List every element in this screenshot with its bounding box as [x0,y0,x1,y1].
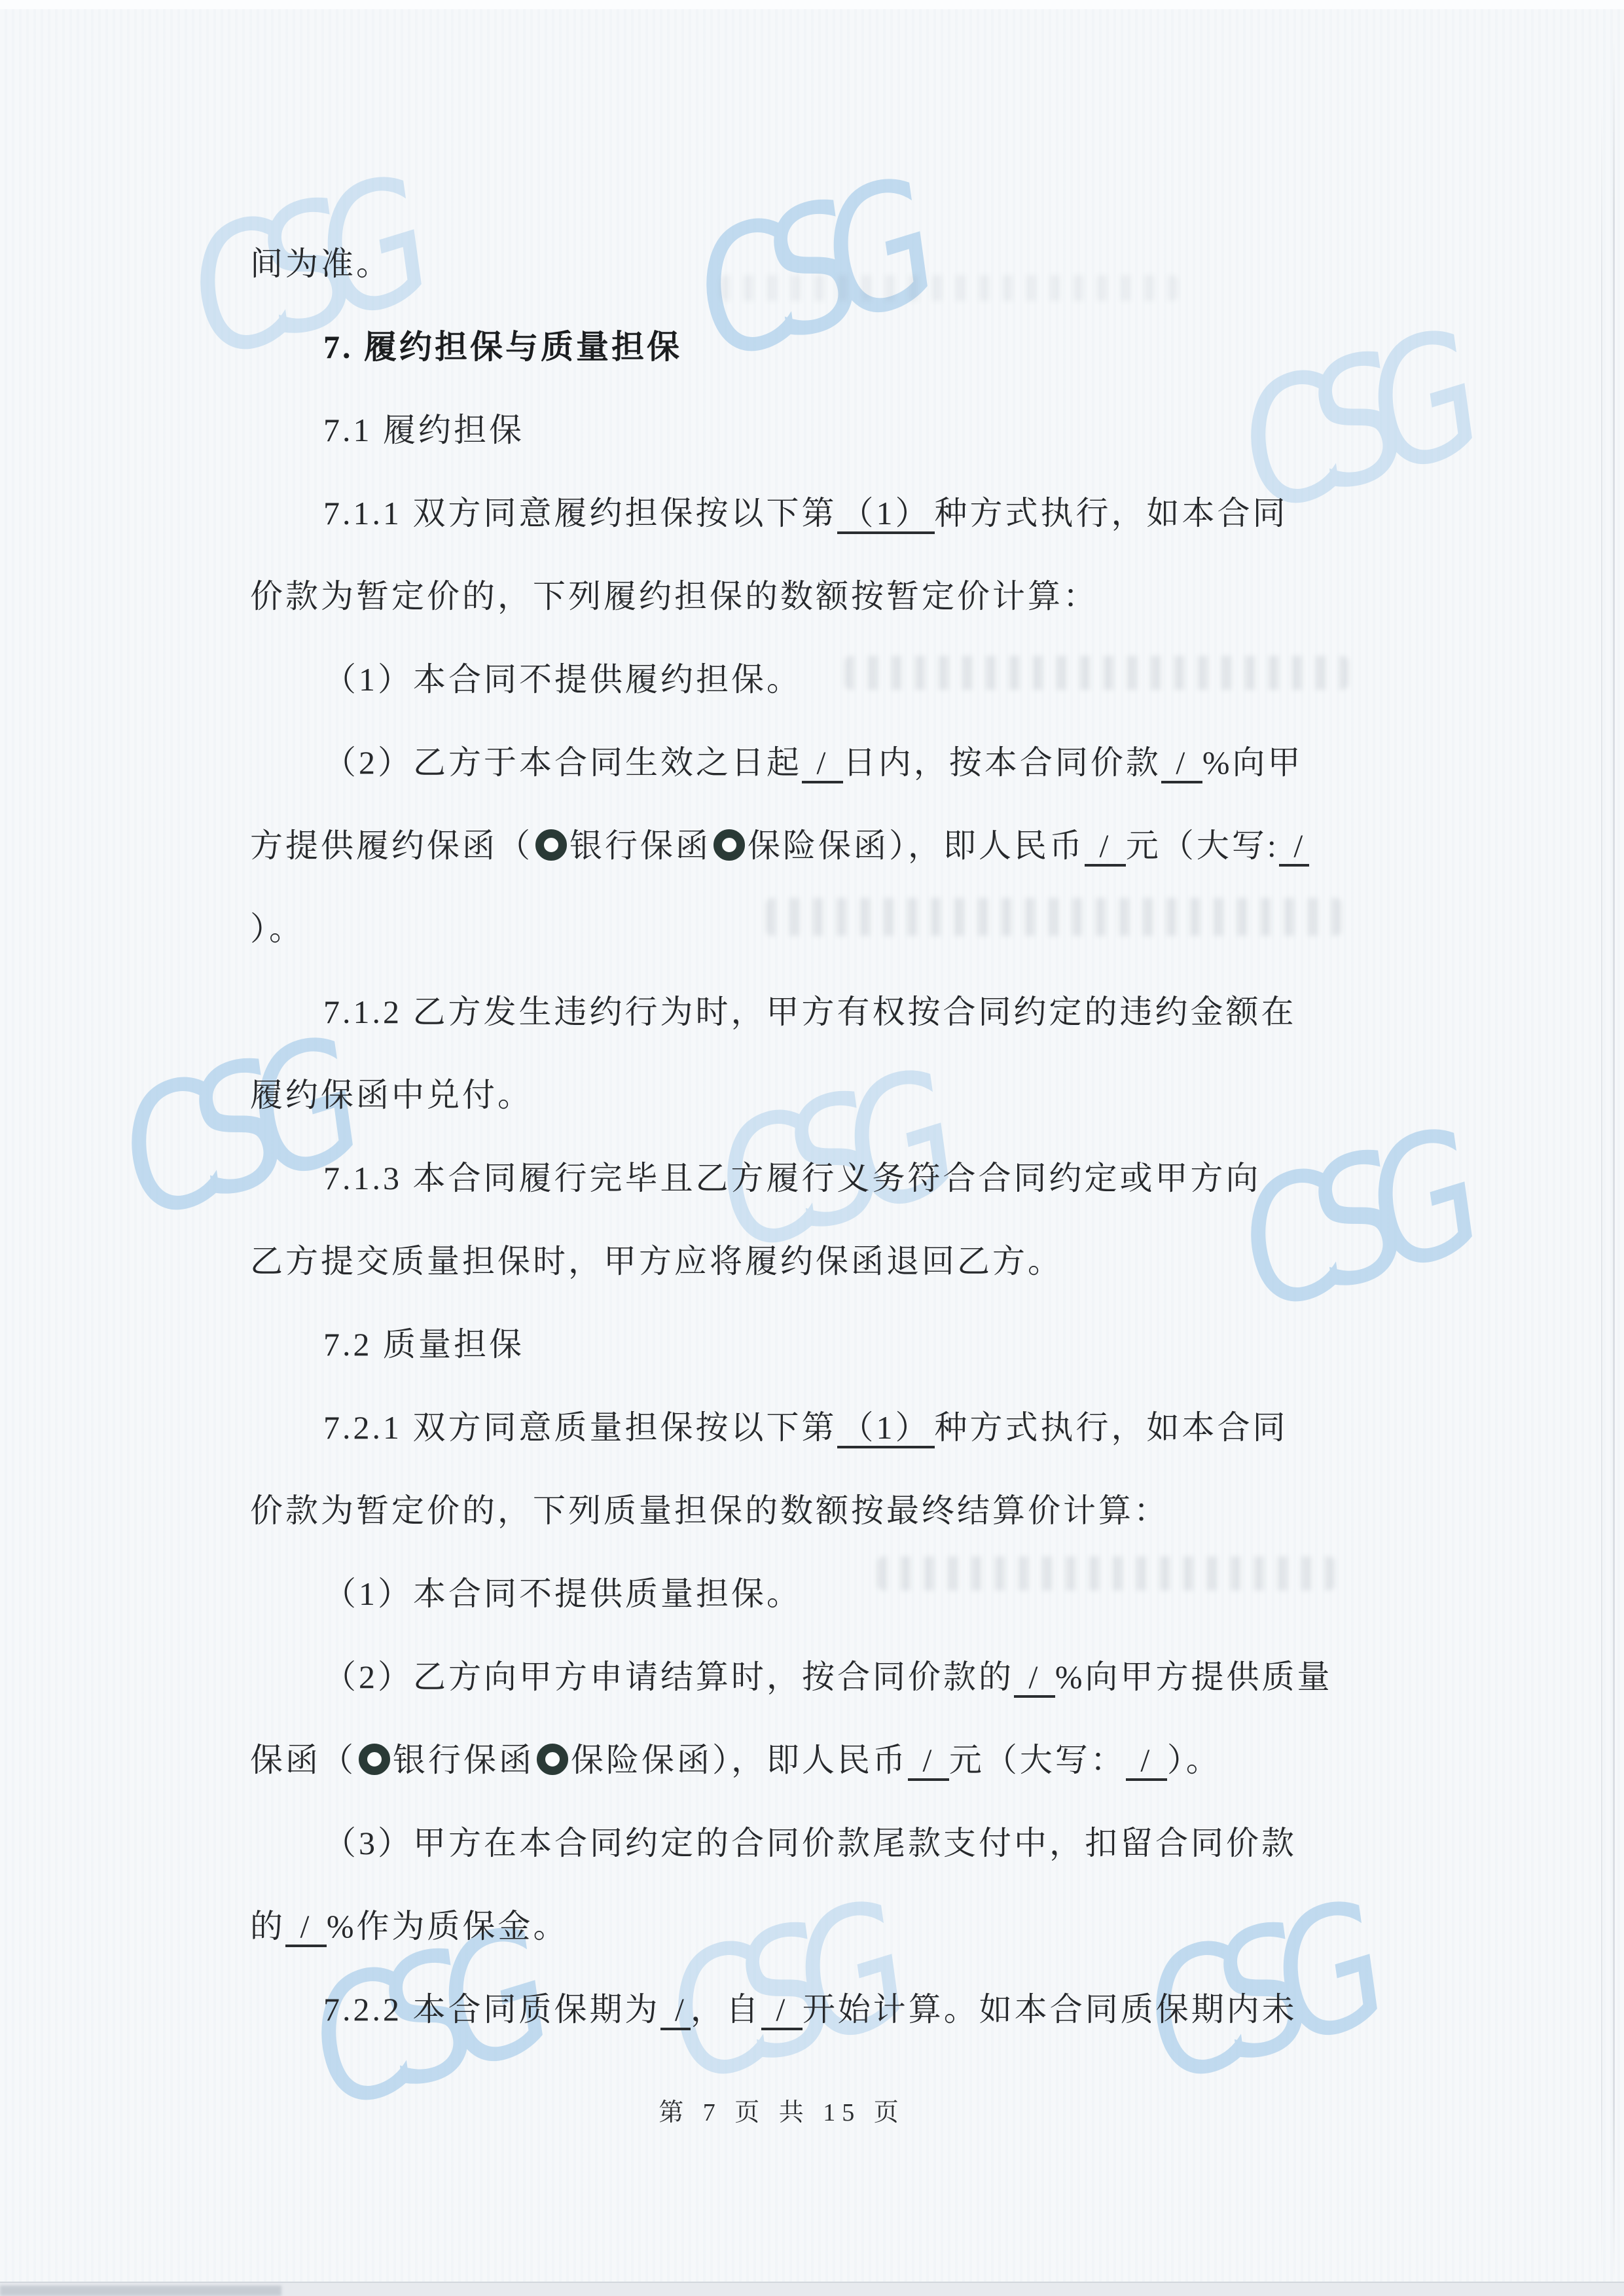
text-run: 7. 履约担保与质量担保 [323,329,682,365]
text-run: 7.2 质量担保 [323,1326,524,1363]
text-run: 元（大写: [1126,827,1279,864]
text-run: 保险保函），即人民币 [571,1742,908,1778]
blank-field: / [908,1742,949,1781]
contract-section-heading: 7. 履约担保与质量担保 [250,306,1415,389]
contract-line: 方提供履约保函（银行保函保险保函），即人民币 / 元（大写: / [250,804,1415,888]
option-circle-icon [535,829,567,861]
text-run: 价款为暂定价的，下列质量担保的数额按最终结算价计算： [250,1492,1169,1529]
text-run: 元（大写： [949,1742,1126,1778]
contract-line: 7.1.3 本合同履行完毕且乙方履行义务符合合同约定或甲方向 [250,1137,1415,1220]
contract-line: 7.2.1 双方同意质量担保按以下第（1）种方式执行，如本合同 [250,1386,1415,1469]
text-run: 履约保函中兑付。 [250,1077,533,1113]
contract-line: 的 / %作为质保金。 [250,1885,1415,1968]
text-run: 银行保函 [393,1742,534,1778]
text-run: （1）本合同不提供质量担保。 [323,1575,802,1612]
text-run: 7.1 履约担保 [323,412,524,448]
text-run: 的 [250,1908,285,1945]
text-run: 方提供履约保函（ [250,827,533,864]
contract-line: 价款为暂定价的，下列质量担保的数额按最终结算价计算： [250,1469,1415,1552]
blank-field: （1） [837,495,935,534]
scan-edge-line [1613,39,1615,2284]
contract-line: （1）本合同不提供质量担保。 [250,1552,1415,1636]
text-run: 价款为暂定价的，下列履约担保的数额按暂定价计算： [250,578,1098,615]
scan-corner-smudge [0,2286,281,2296]
blank-field: / [802,744,843,783]
blank-field: （1） [837,1409,935,1448]
blank-field: / [660,1991,691,2030]
contract-line: （2）乙方向甲方申请结算时，按合同价款的 / %向甲方提供质量 [250,1636,1415,1719]
blank-field: / [1126,1742,1167,1781]
blank-field: / [761,1991,803,2030]
contract-line: 间为准。 [250,223,1415,306]
text-run: ）。 [250,910,304,947]
contract-line: 7.1 履约担保 [250,389,1415,472]
text-run: 开始计算。如本合同质保期内未 [803,1991,1297,2028]
contract-line: 7.1.2 乙方发生违约行为时，甲方有权按合同约定的违约金额在 [250,971,1415,1054]
text-run: 乙方提交质量担保时，甲方应将履约保函退回乙方。 [250,1243,1063,1280]
text-run: （1）本合同不提供履约担保。 [323,661,802,698]
text-run: 7.1.2 乙方发生违约行为时，甲方有权按合同约定的违约金额在 [323,994,1297,1030]
text-run: 保险保函），即人民币 [748,827,1085,864]
option-circle-icon [537,1744,568,1775]
blank-field: / [1161,744,1202,783]
text-run: 7.2.2 本合同质保期为 [323,1991,660,2028]
text-run: 间为准。 [250,245,391,282]
blank-field: / [1085,827,1126,867]
text-run: 日内，按本合同价款 [843,744,1161,781]
contract-line: 7.1.1 双方同意履约担保按以下第（1）种方式执行，如本合同 [250,472,1415,555]
text-run: 7.1.3 本合同履行完毕且乙方履行义务符合合同约定或甲方向 [323,1160,1261,1196]
contract-line: 履约保函中兑付。 [250,1054,1415,1137]
contract-line: 7.2 质量担保 [250,1303,1415,1386]
page-footer: 第 7 页 共 15 页 [0,2092,1594,2128]
text-run: 种方式执行，如本合同 [935,495,1288,531]
blank-field: / [1279,827,1309,867]
contract-body: 间为准。 7. 履约担保与质量担保 7.1 履约担保 7.1.1 双方同意履约担… [250,223,1415,2051]
option-circle-icon [359,1744,390,1775]
text-run: 银行保函 [569,827,711,864]
scan-top-edge [0,0,1624,9]
contract-line: （2）乙方于本合同生效之日起 / 日内，按本合同价款 / %向甲 [250,721,1415,804]
text-run: %向甲 [1202,744,1303,781]
text-run: （2）乙方于本合同生效之日起 [323,744,802,781]
scan-edge-line [1601,105,1602,2278]
text-run: 7.1.1 双方同意履约担保按以下第 [323,495,837,531]
blank-field: / [1014,1659,1055,1698]
blank-field: / [285,1908,327,1947]
text-run: （3）甲方在本合同约定的合同价款尾款支付中，扣留合同价款 [323,1825,1297,1861]
text-run: 7.2.1 双方同意质量担保按以下第 [323,1409,837,1446]
text-run: ，自 [691,1991,761,2028]
contract-line: （1）本合同不提供履约担保。 [250,638,1415,721]
text-run: 保函（ [250,1742,356,1778]
text-run: ）。 [1167,1742,1221,1778]
contract-line: 乙方提交质量担保时，甲方应将履约保函退回乙方。 [250,1220,1415,1303]
document-page: CSG CSG CSG CSG CSG CSG CSG CSG CSG 间为准。… [0,0,1624,2296]
text-run: %向甲方提供质量 [1055,1659,1333,1695]
contract-line: 7.2.2 本合同质保期为 /，自 / 开始计算。如本合同质保期内未 [250,1968,1415,2051]
text-run: %作为质保金。 [327,1908,569,1945]
text-run: （2）乙方向甲方申请结算时，按合同价款的 [323,1659,1014,1695]
contract-line: 价款为暂定价的，下列履约担保的数额按暂定价计算： [250,555,1415,638]
contract-line: 保函（银行保函保险保函），即人民币 / 元（大写： / ）。 [250,1719,1415,1802]
contract-line: ）。 [250,888,1415,971]
text-run: 种方式执行，如本合同 [935,1409,1288,1446]
contract-line: （3）甲方在本合同约定的合同价款尾款支付中，扣留合同价款 [250,1802,1415,1885]
option-circle-icon [713,829,745,861]
